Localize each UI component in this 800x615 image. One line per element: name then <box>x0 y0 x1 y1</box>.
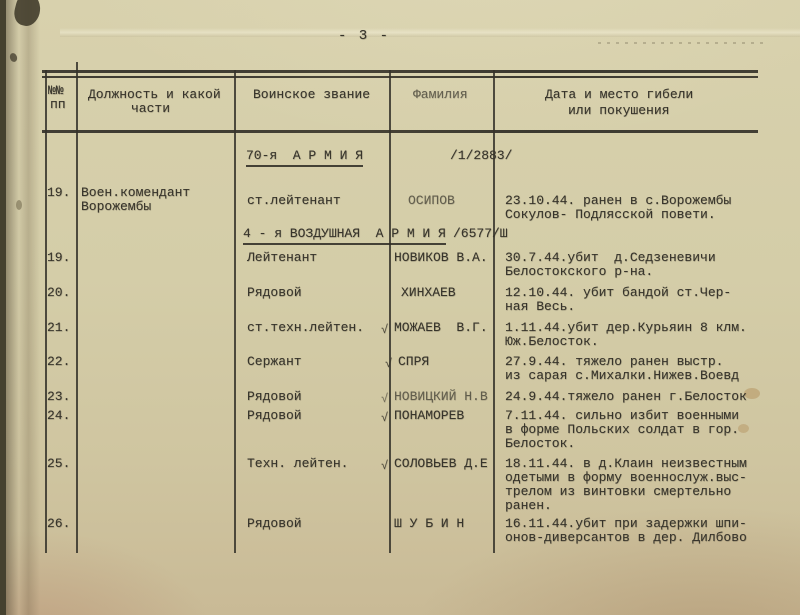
details-cell: 7.11.44. сильно избит военными в форме П… <box>505 409 763 451</box>
row-number: 21. <box>47 321 79 335</box>
details-cell: 24.9.44.тяжело ранен г.Белосток <box>505 390 763 404</box>
rank-cell: ст.техн.лейтен. <box>247 321 387 335</box>
details-cell: 23.10.44. ранен в с.Ворожембы Сокулов- П… <box>505 194 763 222</box>
header-rank: Воинское звание <box>253 88 370 102</box>
surname: НОВИКОВ В.А. <box>394 250 488 265</box>
rank-cell: Техн. лейтен. <box>247 457 387 471</box>
checkmark-icon: √ <box>381 459 388 473</box>
row-number: 25. <box>47 457 79 471</box>
rank-cell: Рядовой <box>247 409 387 423</box>
column-divider-rank <box>389 70 391 553</box>
table-border-top-inner <box>42 76 758 78</box>
rank-cell: Рядовой <box>247 286 387 300</box>
table-border-left <box>45 70 47 553</box>
header-num-line2: пп <box>50 98 66 112</box>
details-cell: 1.11.44.убит дер.Курьяин 8 клм. Юж.Белос… <box>505 321 763 349</box>
column-divider-name <box>493 70 495 553</box>
checkmark-icon: √ <box>381 411 388 425</box>
page-crease <box>6 0 40 615</box>
surname: ПОНАМОРЕВ <box>394 408 464 423</box>
name-cell: √ПОНАМОРЕВ <box>394 409 509 423</box>
details-cell: 12.10.44. убит бандой ст.Чер- ная Весь. <box>505 286 763 314</box>
faint-dotted-line <box>598 42 768 44</box>
name-cell: ХИНХАЕВ <box>401 286 516 300</box>
surname: НОВИЦКИЙ Н.В <box>394 389 488 404</box>
details-cell: 30.7.44.убит д.Седзеневичи Белостокского… <box>505 251 763 279</box>
scanned-page: - 3 - №№ пп Должность и какой части Воин… <box>0 0 800 615</box>
surname: ОСИПОВ <box>408 193 455 208</box>
row-number: 24. <box>47 409 79 423</box>
details-cell: 27.9.44. тяжело ранен выстр. из сарая с.… <box>505 355 763 383</box>
header-position-line1: Должность и какой <box>88 88 221 102</box>
surname: СПРЯ <box>398 354 429 369</box>
details-cell: 18.11.44. в д.Клаин неизвестным одетыми … <box>505 457 763 513</box>
row-number: 23. <box>47 390 79 404</box>
army-section-title: 4 - я ВОЗДУШНАЯ А Р М И Я <box>243 226 446 245</box>
page-number: - 3 - <box>338 28 390 44</box>
checkmark-icon: √ <box>381 392 388 406</box>
header-name: Фамилия <box>413 88 468 102</box>
header-date-line1: Дата и место гибели <box>545 88 693 102</box>
header-position-line2: части <box>131 102 170 116</box>
header-num-line1: №№ <box>48 84 64 98</box>
army-section-code: /6577/Ш <box>453 226 508 241</box>
row-number: 19. <box>47 186 79 200</box>
rank-cell: Лейтенант <box>247 251 387 265</box>
name-cell: √МОЖАЕВ В.Г. <box>394 321 509 335</box>
surname: Ш У Б И Н <box>394 516 464 531</box>
row-number: 22. <box>47 355 79 369</box>
column-divider-num <box>76 62 78 553</box>
name-cell: √СОЛОВЬЕВ Д.Е <box>394 457 509 471</box>
surname: СОЛОВЬЕВ Д.Е <box>394 456 488 471</box>
rank-cell: Сержант <box>247 355 387 369</box>
table-border-top-outer <box>42 70 758 73</box>
rank-cell: Рядовой <box>247 390 387 404</box>
row-number: 26. <box>47 517 79 531</box>
name-cell: НОВИКОВ В.А. <box>394 251 509 265</box>
header-date-line2: или покушения <box>568 104 669 118</box>
name-cell: Ш У Б И Н <box>394 517 509 531</box>
fold-line <box>60 28 800 37</box>
name-cell: √СПРЯ <box>398 355 513 369</box>
row-number: 20. <box>47 286 79 300</box>
rank-cell: Рядовой <box>247 517 387 531</box>
surname: МОЖАЕВ В.Г. <box>394 320 488 335</box>
checkmark-icon: √ <box>381 323 388 337</box>
edge-speck <box>16 200 22 210</box>
checkmark-icon: √ <box>385 357 392 371</box>
column-divider-position <box>234 70 236 553</box>
row-number: 19. <box>47 251 79 265</box>
army-section-title: 70-я А Р М И Я <box>246 148 363 167</box>
name-cell: √НОВИЦКИЙ Н.В <box>394 390 509 404</box>
surname: ХИНХАЕВ <box>401 285 456 300</box>
table-header-separator <box>42 130 758 133</box>
army-section-code: /1/2883/ <box>450 148 512 163</box>
rank-cell: ст.лейтенант <box>247 194 387 208</box>
position-cell: Воен.комендант Ворожембы <box>81 186 233 214</box>
details-cell: 16.11.44.убит при задержки шпи- онов-див… <box>505 517 763 545</box>
